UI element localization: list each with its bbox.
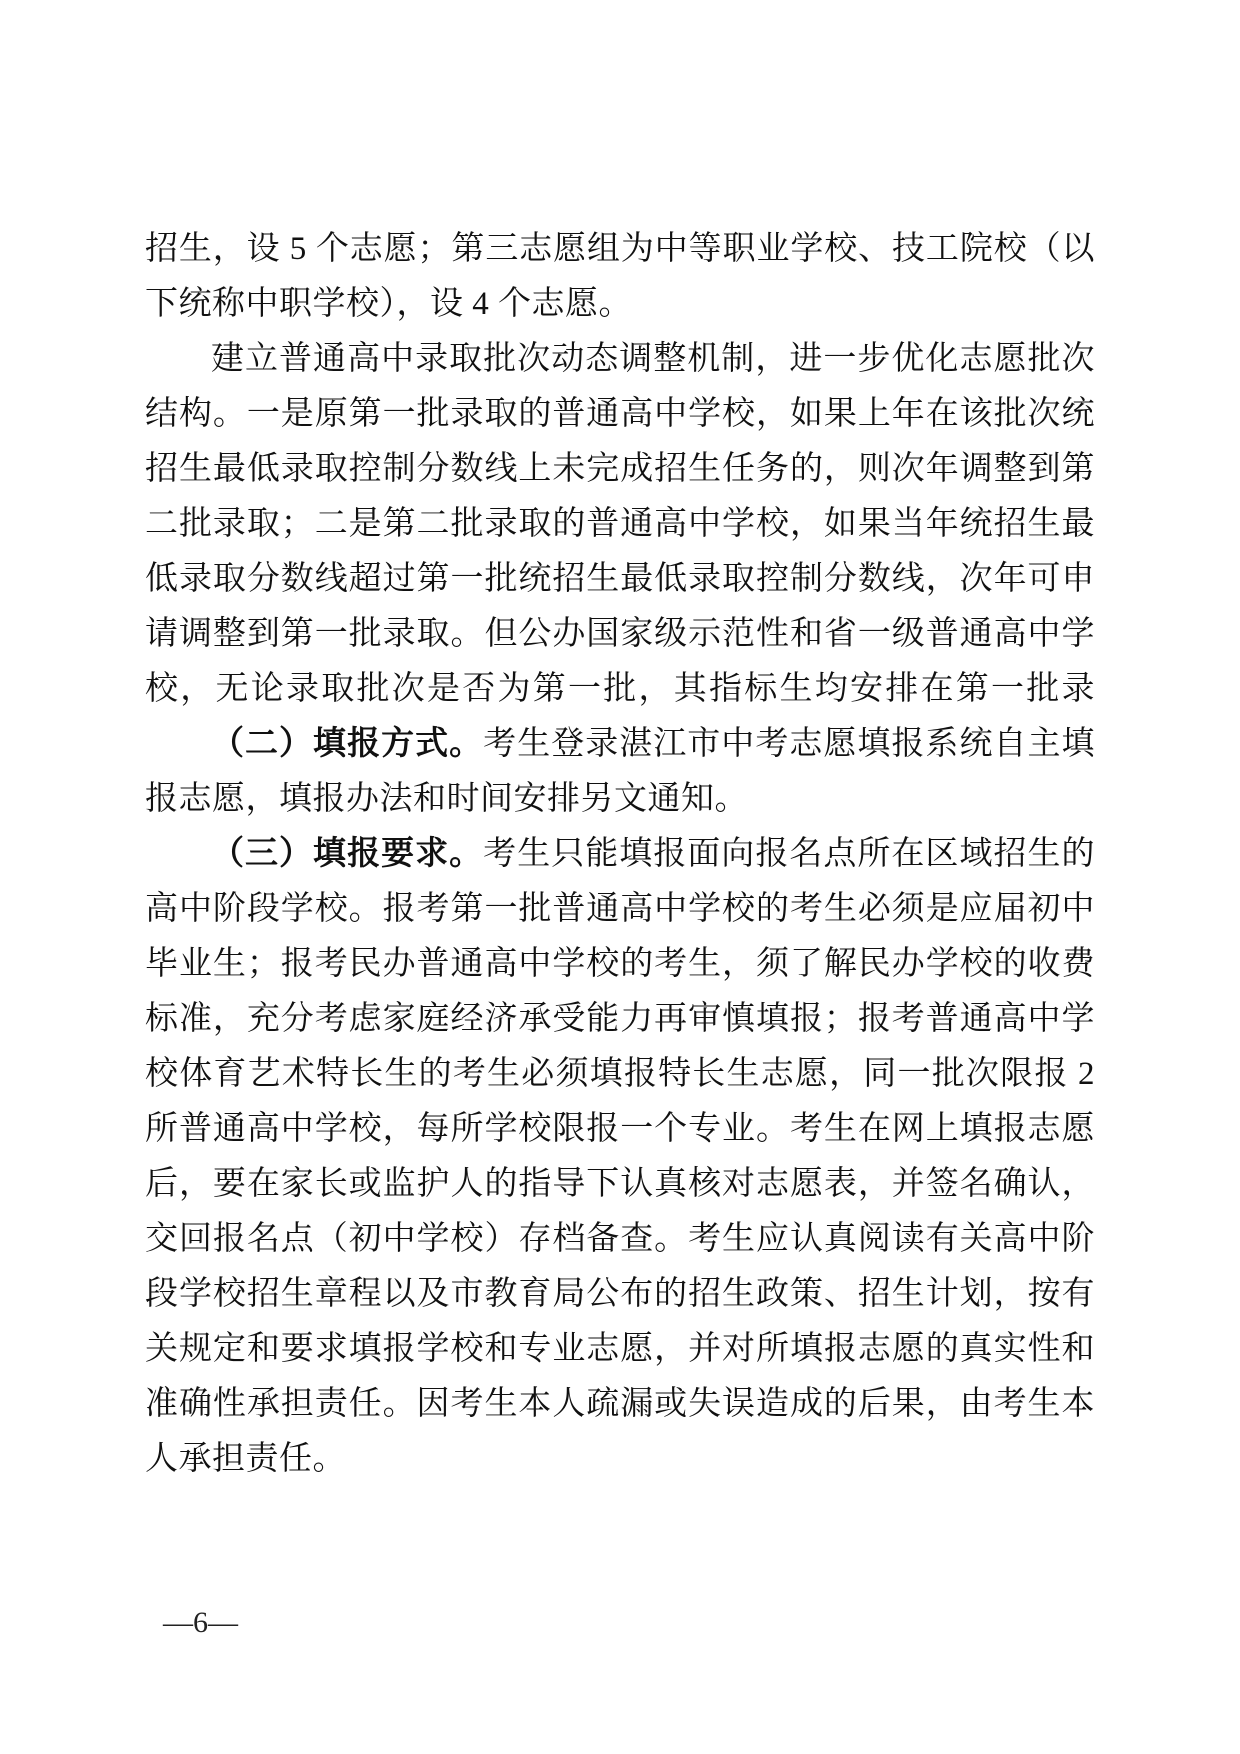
body-line: 二批录取；二是第二批录取的普通高中学校，如果当年统招生最	[145, 497, 1095, 552]
body-line-text: 考生登录湛江市中考志愿填报系统自主填	[483, 726, 1095, 762]
body-line: 校体育艺术特长生的考生必须填报特长生志愿，同一批次限报 2	[145, 1047, 1095, 1102]
section-heading: （三）填报要求。	[211, 836, 483, 872]
body-line: 所普通高中学校，每所学校限报一个专业。考生在网上填报志愿	[145, 1102, 1095, 1157]
body-line: 人承担责任。	[145, 1432, 1095, 1487]
body-line: 后，要在家长或监护人的指导下认真核对志愿表，并签名确认，	[145, 1157, 1095, 1212]
body-line: 建立普通高中录取批次动态调整机制，进一步优化志愿批次	[145, 332, 1095, 387]
body-line: （三）填报要求。考生只能填报面向报名点所在区域招生的	[145, 827, 1095, 882]
body-line-text: 考生只能填报面向报名点所在区域招生的	[483, 836, 1095, 872]
body-line: 准确性承担责任。因考生本人疏漏或失误造成的后果，由考生本	[145, 1377, 1095, 1432]
body-line: 报志愿，填报办法和时间安排另文通知。	[145, 772, 1095, 827]
body-line: 招生最低录取控制分数线上未完成招生任务的，则次年调整到第	[145, 442, 1095, 497]
body-line: 标准，充分考虑家庭经济承受能力再审慎填报；报考普通高中学	[145, 992, 1095, 1047]
body-line: 结构。一是原第一批录取的普通高中学校，如果上年在该批次统	[145, 387, 1095, 442]
body-line: 下统称中职学校），设 4 个志愿。	[145, 277, 1095, 332]
body-line: 交回报名点（初中学校）存档备查。考生应认真阅读有关高中阶	[145, 1212, 1095, 1267]
document-body: 招生，设 5 个志愿；第三志愿组为中等职业学校、技工院校（以 下统称中职学校），…	[145, 222, 1095, 1487]
body-line: 毕业生；报考民办普通高中学校的考生，须了解民办学校的收费	[145, 937, 1095, 992]
body-line: 段学校招生章程以及市教育局公布的招生政策、招生计划，按有	[145, 1267, 1095, 1322]
body-line: 校，无论录取批次是否为第一批，其指标生均安排在第一批录取。	[145, 662, 1095, 717]
body-line: 高中阶段学校。报考第一批普通高中学校的考生必须是应届初中	[145, 882, 1095, 937]
body-line: （二）填报方式。考生登录湛江市中考志愿填报系统自主填	[145, 717, 1095, 772]
document-page: 招生，设 5 个志愿；第三志愿组为中等职业学校、技工院校（以 下统称中职学校），…	[0, 0, 1240, 1754]
page-number: —6—	[163, 1603, 238, 1643]
body-line: 低录取分数线超过第一批统招生最低录取控制分数线，次年可申	[145, 552, 1095, 607]
section-heading: （二）填报方式。	[211, 726, 483, 762]
body-line: 招生，设 5 个志愿；第三志愿组为中等职业学校、技工院校（以	[145, 222, 1095, 277]
body-line: 请调整到第一批录取。但公办国家级示范性和省一级普通高中学	[145, 607, 1095, 662]
body-line: 关规定和要求填报学校和专业志愿，并对所填报志愿的真实性和	[145, 1322, 1095, 1377]
